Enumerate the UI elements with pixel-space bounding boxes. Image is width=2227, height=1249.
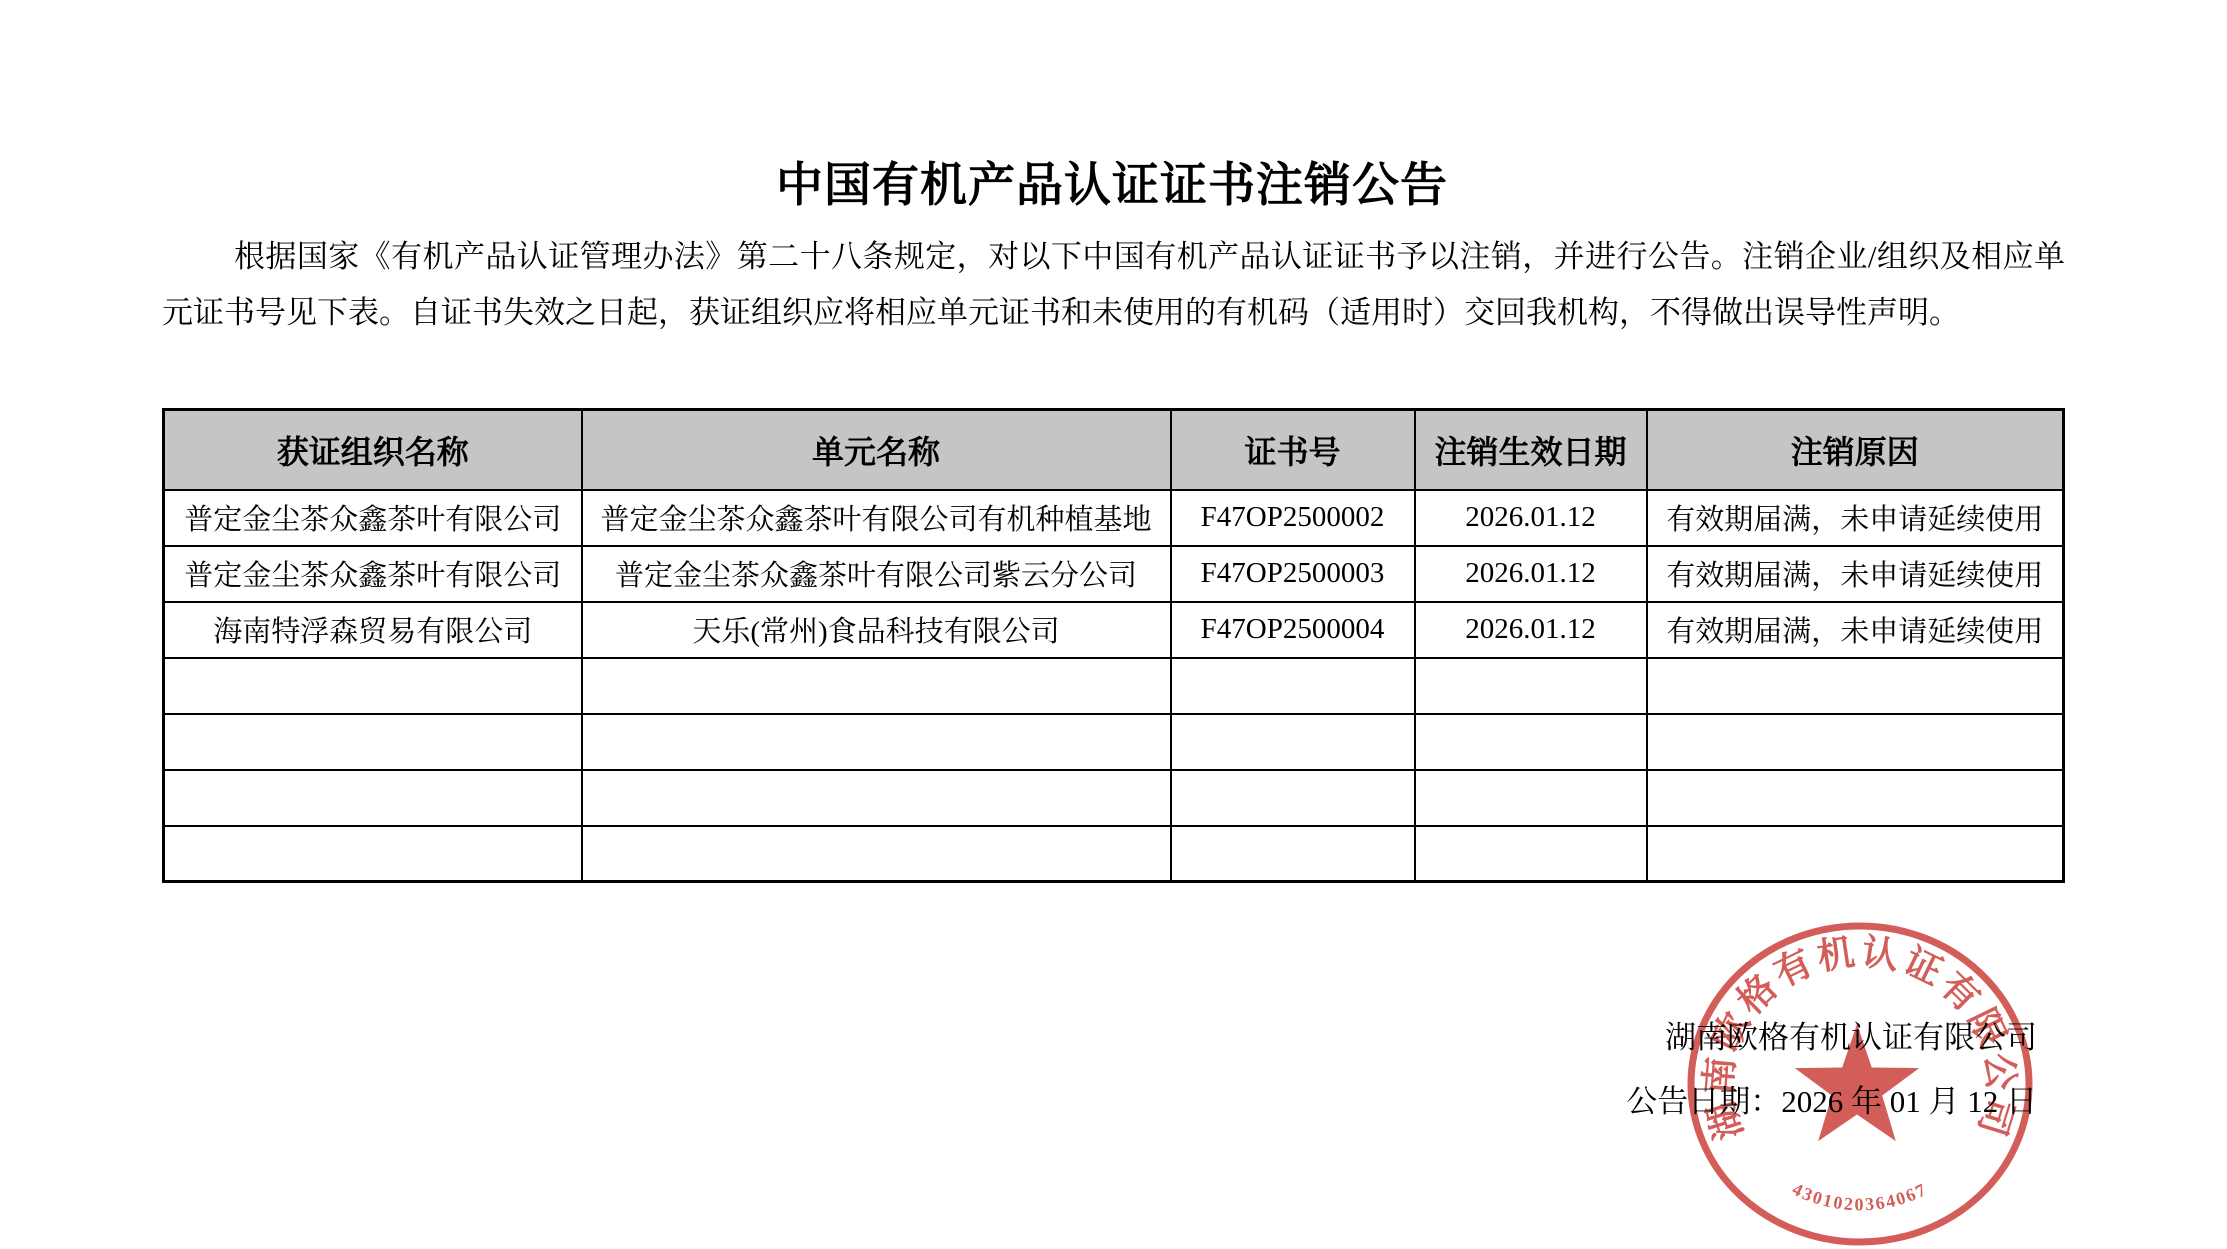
table-header-row: 获证组织名称 单元名称 证书号 注销生效日期 注销原因 — [164, 410, 2064, 490]
col-header-cert-no: 证书号 — [1171, 410, 1415, 490]
col-header-effective-date: 注销生效日期 — [1415, 410, 1647, 490]
cell-unit: 天乐(常州)食品科技有限公司 — [582, 602, 1171, 658]
cancellation-table: 获证组织名称 单元名称 证书号 注销生效日期 注销原因 普定金尘茶众鑫茶叶有限公… — [162, 408, 2065, 883]
cell-effective-date: 2026.01.12 — [1415, 602, 1647, 658]
empty-table-row — [164, 658, 2064, 714]
announcement-date: 公告日期：2026 年 01 月 12 日 — [1626, 1070, 2037, 1134]
intro-paragraph: 根据国家《有机产品认证管理办法》第二十八条规定，对以下中国有机产品认证证书予以注… — [162, 229, 2065, 341]
empty-cell — [1415, 770, 1647, 826]
cell-organization: 普定金尘茶众鑫茶叶有限公司 — [164, 490, 582, 546]
empty-cell — [1647, 714, 2064, 770]
empty-table-row — [164, 826, 2064, 882]
table-body: 普定金尘茶众鑫茶叶有限公司 普定金尘茶众鑫茶叶有限公司有机种植基地 F47OP2… — [164, 490, 2064, 882]
cell-reason: 有效期届满，未申请延续使用 — [1647, 602, 2064, 658]
cell-cert-no: F47OP2500002 — [1171, 490, 1415, 546]
cell-cert-no: F47OP2500003 — [1171, 546, 1415, 602]
empty-cell — [1647, 658, 2064, 714]
cell-organization: 普定金尘茶众鑫茶叶有限公司 — [164, 546, 582, 602]
empty-cell — [164, 714, 582, 770]
page-title: 中国有机产品认证证书注销公告 — [162, 148, 2062, 215]
empty-cell — [1171, 714, 1415, 770]
empty-cell — [582, 770, 1171, 826]
announcement-document: 中国有机产品认证证书注销公告 根据国家《有机产品认证管理办法》第二十八条规定，对… — [0, 0, 2227, 1249]
cell-cert-no: F47OP2500004 — [1171, 602, 1415, 658]
table-row: 海南特浮森贸易有限公司 天乐(常州)食品科技有限公司 F47OP2500004 … — [164, 602, 2064, 658]
col-header-reason: 注销原因 — [1647, 410, 2064, 490]
empty-cell — [1647, 826, 2064, 882]
empty-table-row — [164, 770, 2064, 826]
empty-cell — [1415, 658, 1647, 714]
cell-unit: 普定金尘茶众鑫茶叶有限公司紫云分公司 — [582, 546, 1171, 602]
empty-cell — [1171, 826, 1415, 882]
empty-cell — [582, 826, 1171, 882]
cell-organization: 海南特浮森贸易有限公司 — [164, 602, 582, 658]
empty-cell — [1171, 770, 1415, 826]
empty-cell — [582, 714, 1171, 770]
empty-cell — [1171, 658, 1415, 714]
signature-block: 湖南欧格有机认证有限公司 公告日期：2026 年 01 月 12 日 — [1626, 1006, 2037, 1134]
seal-code-text: 4301020364067 — [1789, 1179, 1930, 1214]
issuer-company-name: 湖南欧格有机认证有限公司 — [1626, 1006, 2037, 1070]
cell-unit: 普定金尘茶众鑫茶叶有限公司有机种植基地 — [582, 490, 1171, 546]
svg-text:4301020364067: 4301020364067 — [1789, 1179, 1930, 1214]
table-row: 普定金尘茶众鑫茶叶有限公司 普定金尘茶众鑫茶叶有限公司紫云分公司 F47OP25… — [164, 546, 2064, 602]
col-header-unit: 单元名称 — [582, 410, 1171, 490]
cell-reason: 有效期届满，未申请延续使用 — [1647, 490, 2064, 546]
cell-effective-date: 2026.01.12 — [1415, 546, 1647, 602]
cell-reason: 有效期届满，未申请延续使用 — [1647, 546, 2064, 602]
empty-table-row — [164, 714, 2064, 770]
empty-cell — [164, 658, 582, 714]
cell-effective-date: 2026.01.12 — [1415, 490, 1647, 546]
empty-cell — [164, 826, 582, 882]
col-header-organization: 获证组织名称 — [164, 410, 582, 490]
table-row: 普定金尘茶众鑫茶叶有限公司 普定金尘茶众鑫茶叶有限公司有机种植基地 F47OP2… — [164, 490, 2064, 546]
empty-cell — [582, 658, 1171, 714]
empty-cell — [1415, 826, 1647, 882]
empty-cell — [1647, 770, 2064, 826]
empty-cell — [1415, 714, 1647, 770]
empty-cell — [164, 770, 582, 826]
